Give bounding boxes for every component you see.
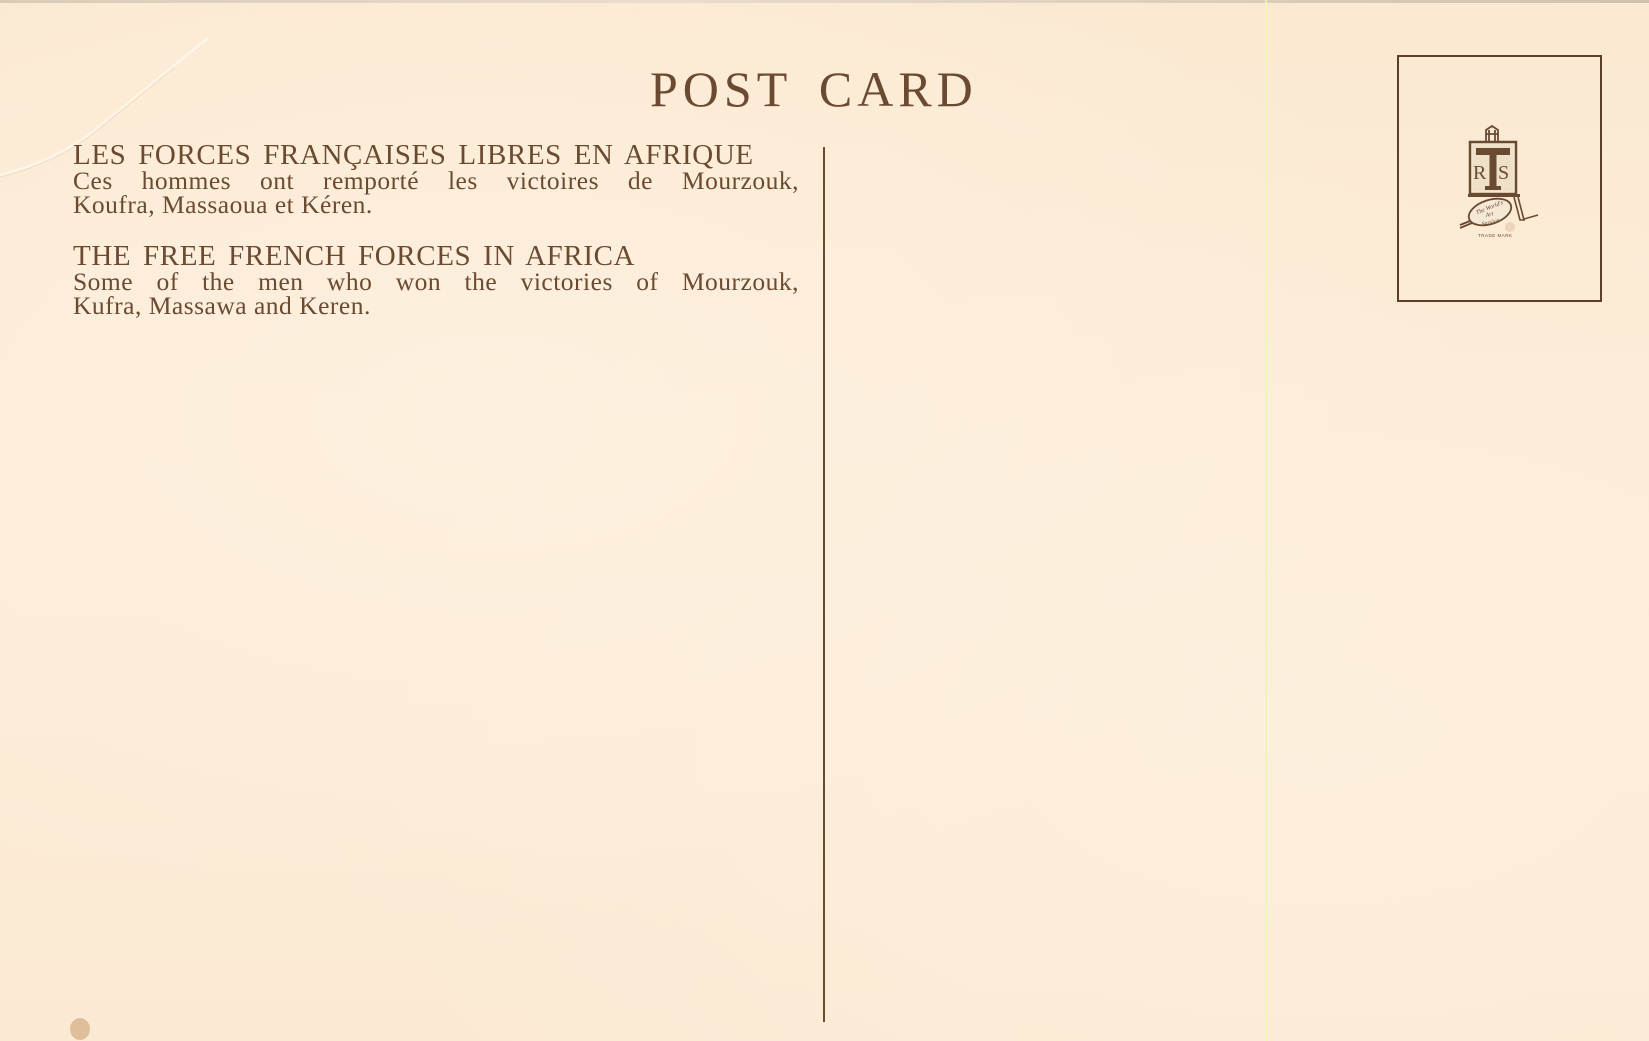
logo-letter-s: S bbox=[1498, 162, 1509, 184]
logo-letter-r: R bbox=[1473, 162, 1487, 184]
caption-english-body: Some of the men who won the victories of… bbox=[73, 270, 799, 318]
caption-french-heading: LES FORCES FRANÇAISES LIBRES EN AFRIQUE bbox=[73, 142, 799, 169]
postcard-title: POST CARD bbox=[650, 64, 978, 114]
address-divider-line bbox=[823, 147, 825, 1022]
caption-french-body: Ces hommes ont remporté les victoires de… bbox=[73, 169, 799, 217]
caption-french: LES FORCES FRANÇAISES LIBRES EN AFRIQUE … bbox=[73, 142, 799, 217]
trade-mark-label: TRADE MARK bbox=[1478, 233, 1513, 238]
scan-artifact-line bbox=[1265, 0, 1267, 1041]
stain-mark bbox=[70, 1018, 90, 1040]
postcard-back: POST CARD LES FORCES FRANÇAISES LIBRES E… bbox=[0, 0, 1649, 1041]
caption-english-heading: THE FREE FRENCH FORCES IN AFRICA bbox=[73, 243, 799, 270]
caption-english: THE FREE FRENCH FORCES IN AFRICA Some of… bbox=[73, 243, 799, 318]
caption-line: Koufra, Massaoua et Kéren. bbox=[73, 193, 799, 217]
caption-line: Kufra, Massawa and Keren. bbox=[73, 294, 799, 318]
publisher-easel-logo-icon: R S The World's Art Service TRADE MARK bbox=[1458, 124, 1548, 240]
